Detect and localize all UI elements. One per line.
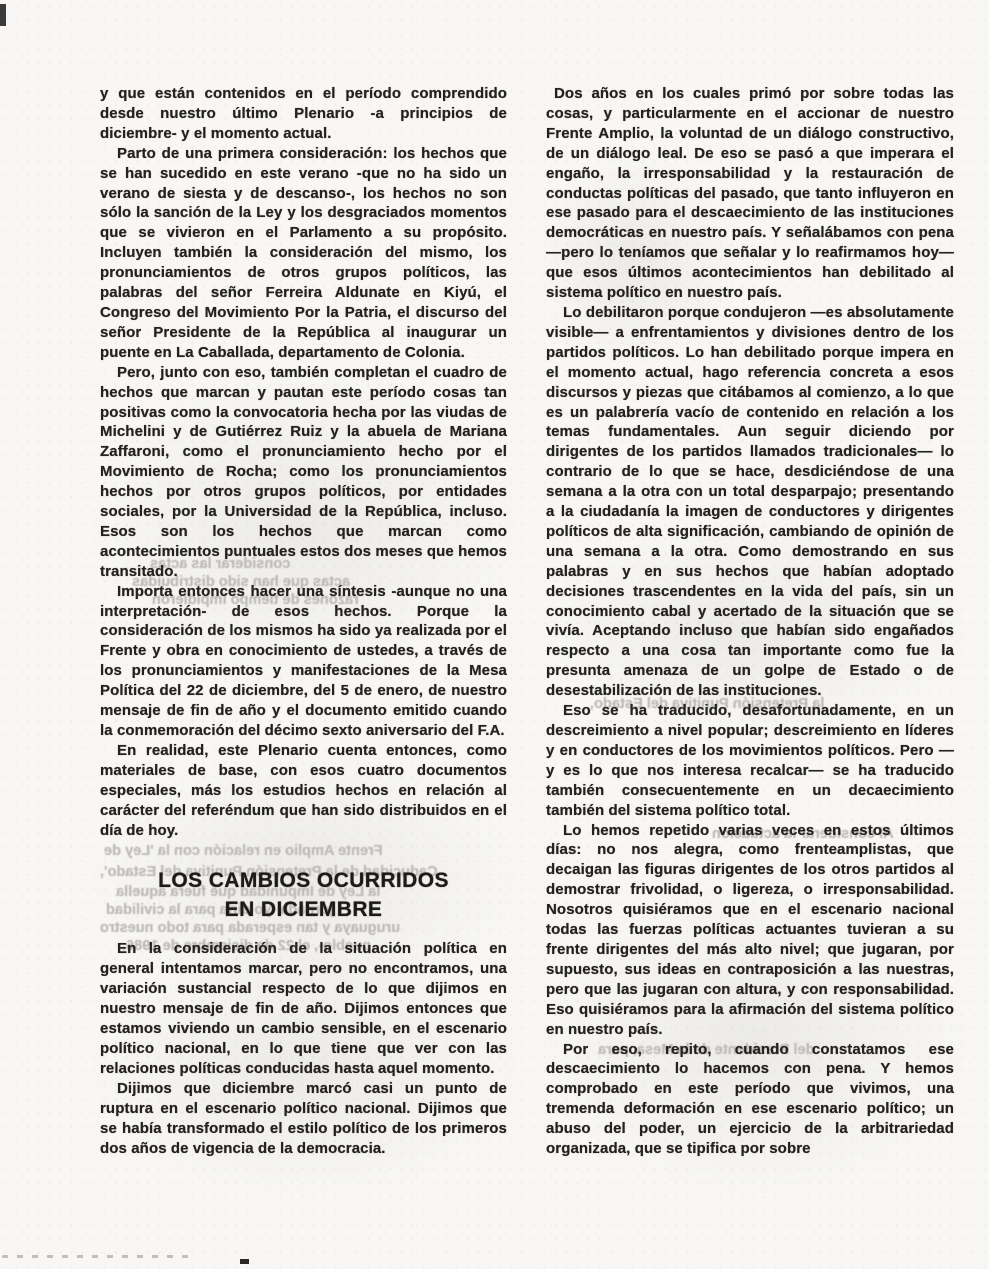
section-heading-line1: LOS CAMBIOS OCURRIDOS: [158, 869, 449, 892]
left-column: y que están contenidos en el período com…: [100, 84, 507, 1158]
paragraph-left-5: En realidad, este Plenario cuenta entonc…: [100, 741, 507, 841]
paragraph-left-1: y que están contenidos en el período com…: [100, 84, 507, 144]
paragraph-left-2: Parto de una primera consideración: los …: [100, 144, 507, 363]
scan-artifact-corner-mark: [0, 4, 6, 26]
right-column: Dos años en los cuales primó por sobre t…: [546, 84, 954, 1159]
paragraph-left-3: Pero, junto con eso, también completan e…: [100, 363, 507, 582]
paragraph-right-4: Lo hemos repetido varias veces en estos …: [546, 821, 954, 1040]
paragraph-left-6: En la consideración de la situación polí…: [100, 939, 507, 1078]
paragraph-left-7: Dijimos que diciembre marcó casi un punt…: [100, 1079, 507, 1159]
section-heading-line2: EN DICIEMBRE: [225, 898, 383, 921]
section-heading: LOS CAMBIOS OCURRIDOS EN DICIEMBRE: [100, 866, 507, 924]
scan-artifact-tick: [240, 1259, 249, 1264]
paragraph-right-2: Lo debilitaron porque condujeron —es abs…: [546, 303, 954, 701]
paragraph-right-5: Por eso, repito, cuando constatamos ese …: [546, 1040, 954, 1159]
scan-artifact-smudge: [2, 1255, 197, 1258]
paragraph-right-3: Eso se ha traducido, desafortunadamente,…: [546, 701, 954, 820]
paragraph-left-4: Importa entonces hacer una síntesis -aun…: [100, 582, 507, 741]
paragraph-right-1: Dos años en los cuales primó por sobre t…: [546, 84, 954, 303]
